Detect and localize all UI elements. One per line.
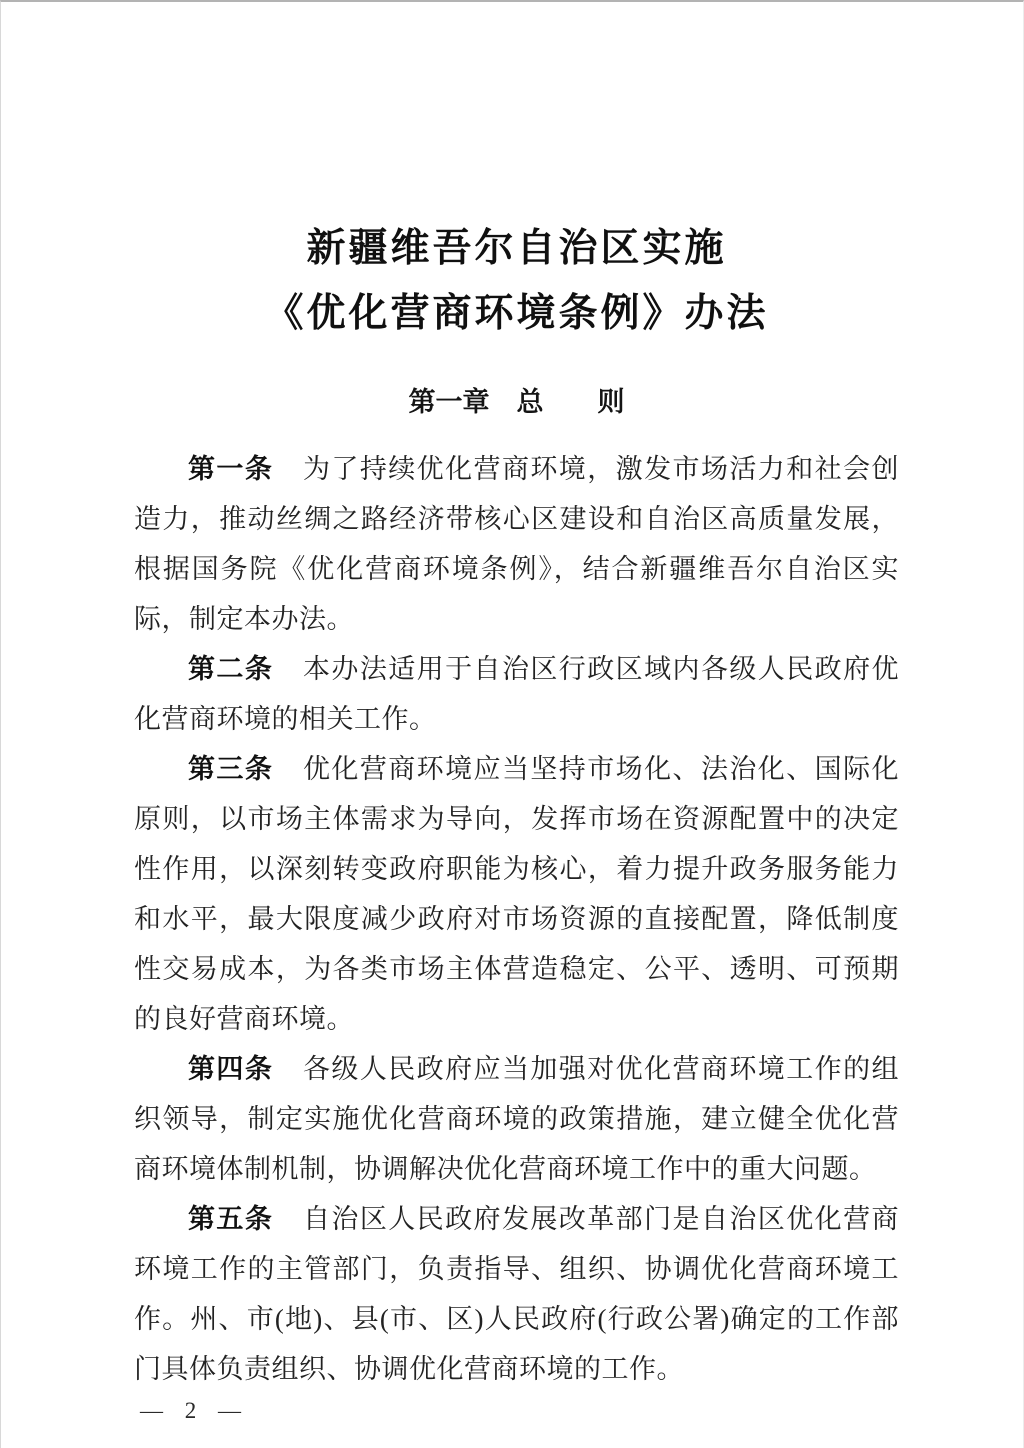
document-title-line2: 《优化营商环境条例》办法 [134,281,899,346]
article-text: 优化营商环境应当坚持市场化、法治化、国际化原则，以市场主体需求为导向，发挥市场在… [134,754,899,1034]
page-number: — 2 — [134,1396,899,1426]
article-number: 第二条 [188,654,273,684]
article-paragraph: 第五条自治区人民政府发展改革部门是自治区优化营商环境工作的主管部门，负责指导、组… [134,1194,899,1394]
document-page: 新疆维吾尔自治区实施 《优化营商环境条例》办法 第一章 总 则 第一条为了持续优… [0,0,1024,1448]
article-number: 第五条 [188,1204,273,1234]
article-paragraph: 第四条各级人民政府应当加强对优化营商环境工作的组织领导，制定实施优化营商环境的政… [134,1044,899,1194]
page-content: 新疆维吾尔自治区实施 《优化营商环境条例》办法 第一章 总 则 第一条为了持续优… [1,2,1023,1448]
article-paragraph: 第三条优化营商环境应当坚持市场化、法治化、国际化原则，以市场主体需求为导向，发挥… [134,744,899,1044]
document-title: 新疆维吾尔自治区实施 《优化营商环境条例》办法 [134,216,899,346]
document-title-line1: 新疆维吾尔自治区实施 [134,216,899,281]
article-number: 第三条 [188,754,273,784]
article-number: 第一条 [188,454,273,484]
article-number: 第四条 [188,1054,273,1084]
articles-body: 第一条为了持续优化营商环境，激发市场活力和社会创造力，推动丝绸之路经济带核心区建… [134,444,899,1394]
article-paragraph: 第二条本办法适用于自治区行政区域内各级人民政府优化营商环境的相关工作。 [134,644,899,744]
article-paragraph: 第一条为了持续优化营商环境，激发市场活力和社会创造力，推动丝绸之路经济带核心区建… [134,444,899,644]
chapter-heading: 第一章 总 则 [134,382,899,422]
